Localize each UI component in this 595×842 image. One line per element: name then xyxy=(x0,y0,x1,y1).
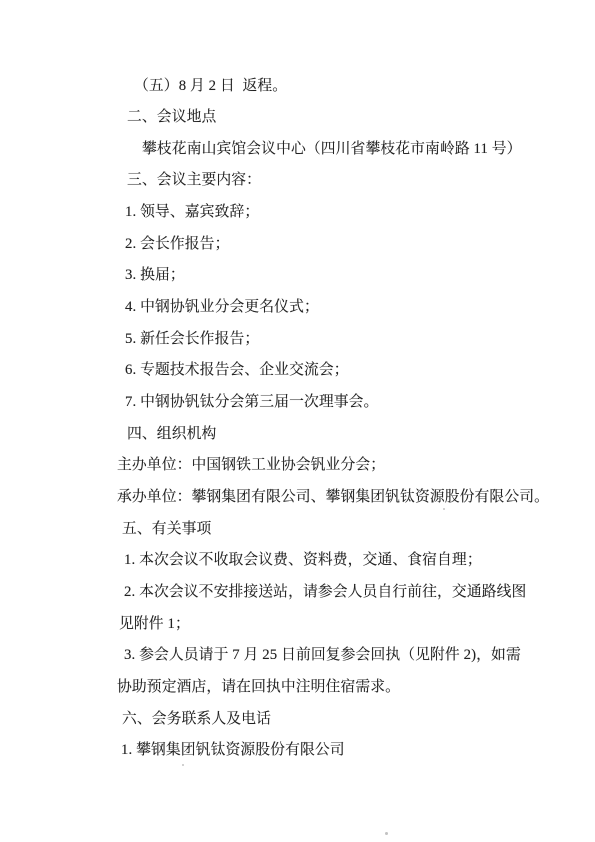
document-line: 五、有关事项 xyxy=(122,521,211,537)
document-line: 三、会议主要内容： xyxy=(127,172,261,188)
document-line: 二、会议地点 xyxy=(127,109,216,125)
document-line: 六、会务联系人及电话 xyxy=(122,711,271,727)
scan-artifact-dot xyxy=(385,832,388,835)
document-line: 攀枝花南山宾馆会议中心（四川省攀枝花市南岭路 11 号） xyxy=(142,141,522,157)
document-line: 1. 本次会议不收取会议费、资料费，交通、食宿自理； xyxy=(124,552,482,568)
document-line: 5. 新任会长作报告； xyxy=(125,331,259,347)
document-line: 6. 专题技术报告会、企业交流会； xyxy=(125,362,349,378)
document-line: 3. 换届； xyxy=(125,267,185,283)
document-line: 1. 攀钢集团钒钛资源股份有限公司 xyxy=(121,742,345,758)
document-line: 承办单位：攀钢集团有限公司、攀钢集团钒钛资源股份有限公司。 xyxy=(117,489,549,505)
scan-artifact-dot xyxy=(182,764,184,766)
document-page: （五）8 月 2 日 返程。二、会议地点攀枝花南山宾馆会议中心（四川省攀枝花市南… xyxy=(0,0,595,842)
document-line: 主办单位：中国钢铁工业协会钒业分会； xyxy=(117,457,385,473)
document-line: 1. 领导、嘉宾致辞； xyxy=(125,204,259,220)
document-line: 4. 中钢协钒业分会更名仪式； xyxy=(125,299,319,315)
document-line: 2. 本次会议不安排接送站，请参会人员自行前往，交通路线图 xyxy=(124,584,526,600)
document-line: （五）8 月 2 日 返程。 xyxy=(134,78,287,94)
document-line: 7. 中钢协钒钛分会第三届一次理事会。 xyxy=(125,394,378,410)
scan-artifact-dot xyxy=(443,508,445,510)
document-line: 协助预定酒店，请在回执中注明住宿需求。 xyxy=(117,679,400,695)
document-line: 四、组织机构 xyxy=(127,426,216,442)
document-line: 2. 会长作报告； xyxy=(125,236,229,252)
document-line: 3. 参会人员请于 7 月 25 日前回复参会回执（见附件 2)，如需 xyxy=(124,647,521,663)
document-line: 见附件 1； xyxy=(119,616,190,632)
